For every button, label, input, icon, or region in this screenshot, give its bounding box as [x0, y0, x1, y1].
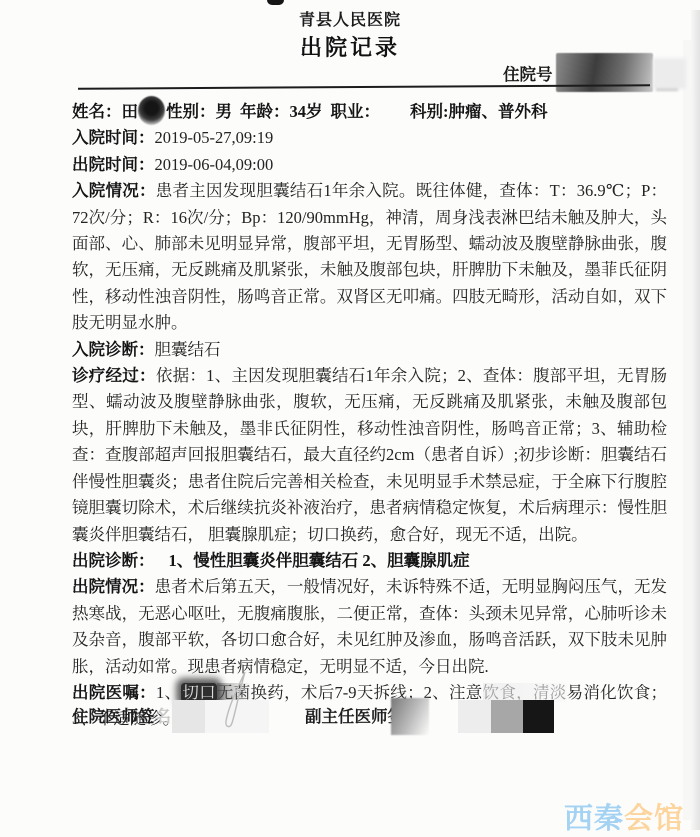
document-body: 姓名：田性别：男年龄：34岁职业：科别:肿瘤、普外科 入院时间：2019-05-… — [72, 96, 667, 733]
discharge-time-line: 出院时间：2019-06-04,09:00 — [72, 152, 667, 178]
treatment-course-text: 依据：1、主因发现胆囊结石1年余入院；2、查体：腹部平坦，无胃肠型、蠕动波及腹壁… — [72, 366, 667, 543]
vice-chief-physician-signature-label: 副主任医师签 — [305, 703, 404, 727]
admission-time-label: 入院时间： — [72, 128, 155, 147]
orders-seg4: 换药，术后7-9天拆线；2、注意 — [251, 683, 483, 702]
gender-label: 性别： — [166, 102, 216, 121]
vice-chief-signature-redaction-light — [458, 700, 491, 733]
patient-info-line: 姓名：田性别：男年龄：34岁职业：科别:肿瘤、普外科 — [72, 96, 667, 125]
vice-chief-signature-redaction-black — [523, 700, 554, 733]
section-treatment-course: 诊疗经过：依据：1、主因发现胆囊结石1年余入院；2、查体：腹部平坦，无胃肠型、蠕… — [72, 363, 667, 548]
occupation-label: 职业： — [331, 102, 381, 121]
resident-physician-signature-label: 住院医师签名 — [72, 703, 171, 727]
discharge-condition-text: 患者术后第五天，一般情况好，未诉特殊不适，无明显胸闷压气，无发热寒战，无恶心呕吐… — [72, 577, 667, 675]
section-discharge-diagnosis: 出院诊断：1、慢性胆囊炎伴胆囊结石 2、胆囊腺肌症 — [72, 548, 667, 574]
resident-label-faded-char: 名 — [155, 707, 172, 726]
admission-number-redaction-tail — [653, 58, 686, 89]
dept-label: 科别: — [410, 102, 449, 121]
section-admission-condition: 入院情况：患者主因发现胆囊结石1年余入院。既往体健，查体：T：36.9℃；P：7… — [72, 178, 667, 336]
dept-value: 肿瘤、普外科 — [449, 102, 548, 121]
vice-chief-signature-redaction-gray — [491, 700, 523, 733]
discharge-time-value: 2019-06-04,09:00 — [155, 155, 274, 174]
admission-time-value: 2019-05-27,09:19 — [155, 128, 274, 147]
age-label: 年龄： — [240, 102, 290, 121]
admission-condition-label: 入院情况： — [72, 181, 156, 200]
watermark-part1: 西秦 — [564, 803, 624, 835]
scan-artifact-top — [267, 0, 284, 5]
discharge-time-label: 出院时间： — [72, 155, 155, 174]
admission-diagnosis-text: 胆囊结石 — [155, 340, 221, 359]
admission-diagnosis-label: 入院诊断： — [72, 340, 155, 359]
pen-stroke-artifact — [212, 669, 256, 735]
discharge-diagnosis-text: 1、慢性胆囊炎伴胆囊结石 2、胆囊腺肌症 — [169, 551, 470, 570]
admission-time-line: 入院时间：2019-05-27,09:19 — [72, 125, 667, 151]
resident-signature-redaction-1 — [172, 700, 205, 733]
resident-label-text: 住院医师签 — [72, 707, 155, 726]
gender-value: 男 — [216, 102, 233, 121]
discharge-record-page: 青县人民医院 出院记录 住院号 姓名：田性别：男年龄：34岁职业：科别:肿瘤、普… — [0, 0, 700, 837]
discharge-orders-label: 出院医嘱： — [72, 683, 156, 702]
hospital-name: 青县人民医院 — [0, 7, 700, 30]
age-value: 34岁 — [290, 102, 323, 121]
watermark-part2: 会馆 — [624, 803, 684, 835]
admission-condition-text: 患者主因发现胆囊结石1年余入院。既往体健，查体：T：36.9℃；P：72次/分；… — [72, 181, 667, 332]
treatment-course-label: 诊疗经过： — [72, 366, 156, 385]
name-label: 姓名： — [72, 102, 122, 121]
name-value: 田 — [122, 102, 139, 121]
vice-chief-signature-redaction-gradient — [391, 698, 429, 735]
section-admission-diagnosis: 入院诊断：胆囊结石 — [72, 337, 667, 363]
name-redaction — [138, 96, 165, 125]
discharge-condition-label: 出院情况： — [72, 577, 155, 596]
section-discharge-condition: 出院情况：患者术后第五天，一般情况好，未诉特殊不适，无明显胸闷压气，无发热寒战，… — [72, 574, 667, 680]
watermark: 西秦会馆 — [564, 796, 684, 837]
signature-row: 住院医师签名 副主任医师签 — [0, 701, 700, 737]
admission-number-label: 住院号 — [503, 61, 553, 85]
discharge-diagnosis-label: 出院诊断： — [72, 551, 155, 570]
